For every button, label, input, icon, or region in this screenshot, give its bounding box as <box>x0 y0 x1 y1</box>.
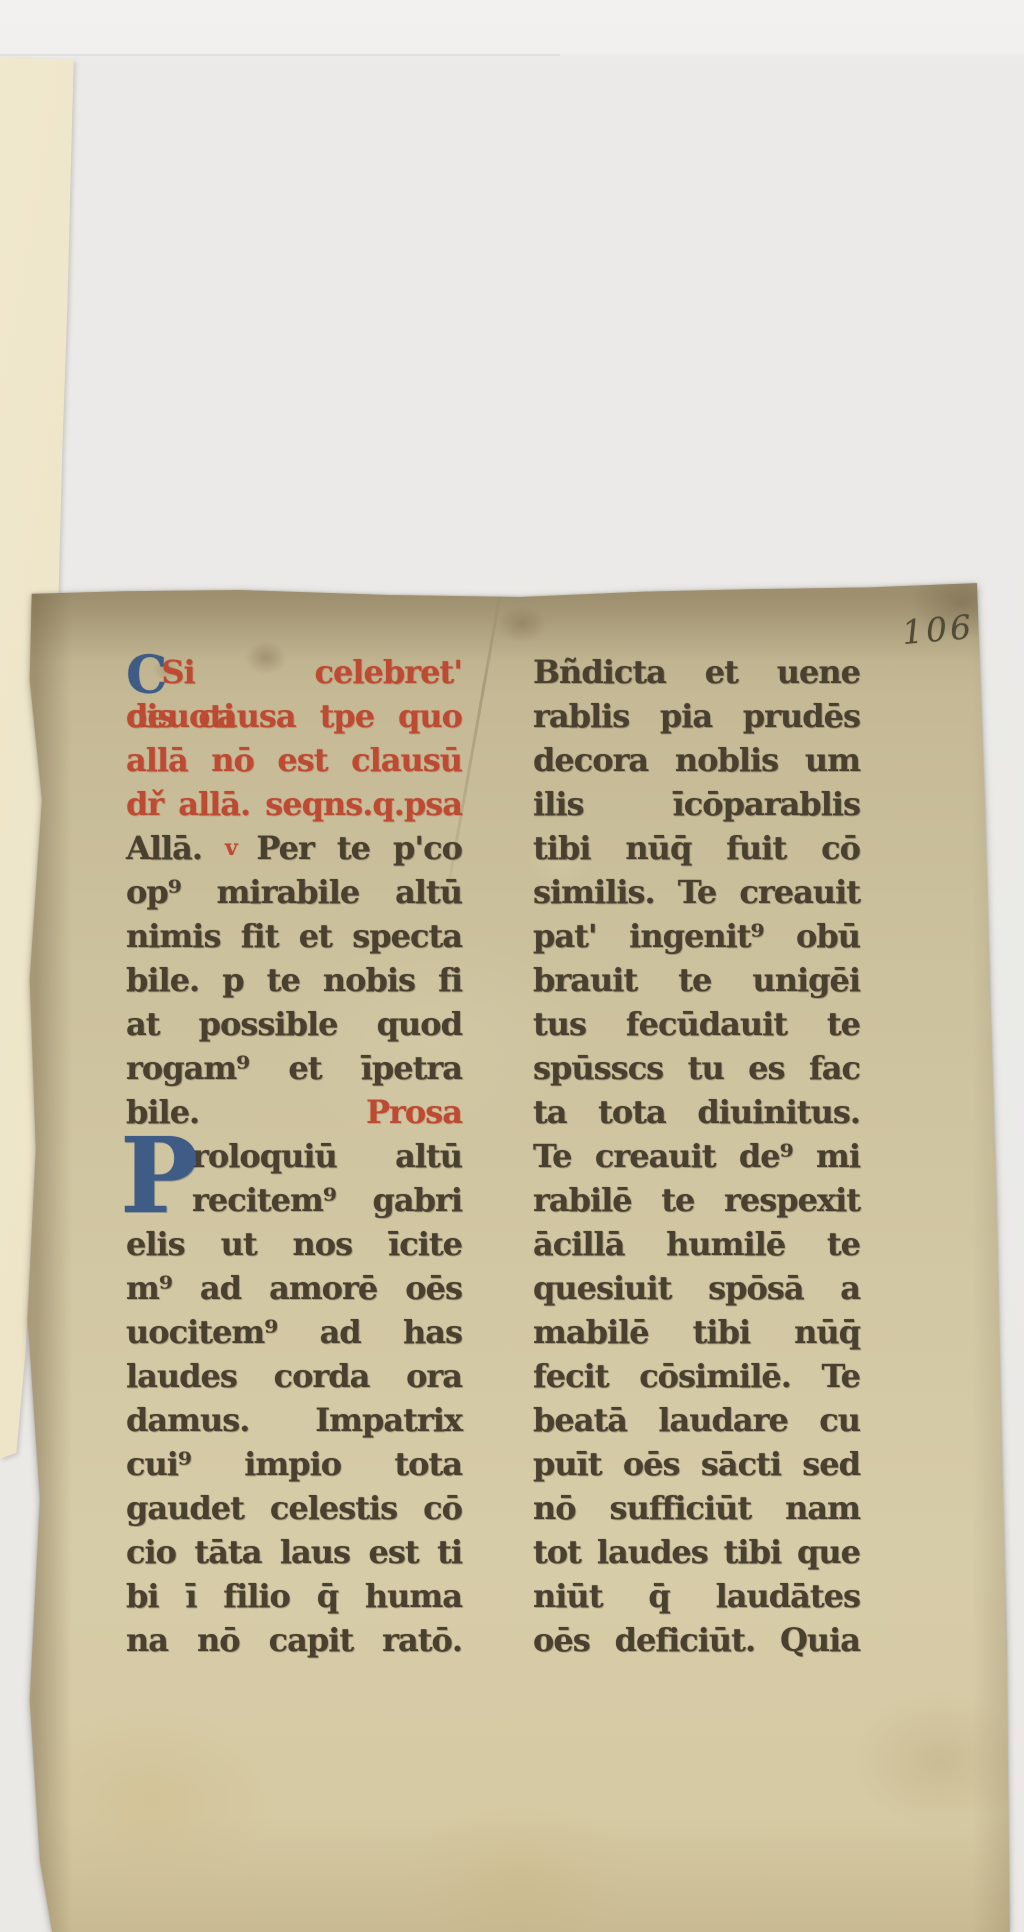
manuscript-text-line: fecit cōsimilē. Te <box>533 1354 860 1398</box>
text-segment: tibi nūq̄ fuit cō <box>533 829 860 867</box>
text-segment: Allā. <box>126 829 225 867</box>
text-segment: Te creauit de⁹ mi <box>533 1137 860 1175</box>
manuscript-text-line: Te creauit de⁹ mi <box>533 1134 860 1178</box>
text-segment: ilis īcōparablis <box>533 785 860 823</box>
text-segment: recitem⁹ gabri <box>192 1181 462 1219</box>
manuscript-text-line: similis. Te creauit <box>533 870 860 914</box>
manuscript-text-line: Bñdicta et uene <box>533 650 860 694</box>
text-segment: bi ī filio q̄ huma <box>126 1577 462 1615</box>
manuscript-text-line: cui⁹ impio tota <box>126 1442 462 1486</box>
manuscript-text-line: rogam⁹ et īpetra <box>126 1046 462 1090</box>
text-segment: niūt q̄ laudātes <box>533 1577 860 1615</box>
text-segment: rabilē te respexit <box>533 1181 860 1219</box>
manuscript-text-line: dř allā. seqns.q.psa <box>126 782 462 826</box>
manuscript-text-line: ta tota diuinitus. <box>533 1090 860 1134</box>
text-segment: laudes corda ora <box>126 1357 462 1395</box>
manuscript-text-line: pat' ingenit⁹ obū <box>533 914 860 958</box>
manuscript-text-line: beatā laudare cu <box>533 1398 860 1442</box>
text-segment: op⁹ mirabile altū <box>126 873 462 911</box>
photo-backdrop: 106 CSi celebret' deuotiois causa tpe qu… <box>0 0 1024 1932</box>
manuscript-text-line: nō sufficiūt nam <box>533 1486 860 1530</box>
folio-number: 106 <box>900 607 975 652</box>
text-segment: beatā laudare cu <box>533 1401 860 1439</box>
text-segment: quesiuit spōsā a <box>533 1269 860 1307</box>
manuscript-text-line: niūt q̄ laudātes <box>533 1574 860 1618</box>
manuscript-text-line: tot laudes tibi que <box>533 1530 860 1574</box>
manuscript-text-line: at possible quod <box>126 1002 462 1046</box>
manuscript-text-line: nimis fit et specta <box>126 914 462 958</box>
manuscript-text-line: ois causa tpe quo <box>126 694 462 738</box>
manuscript-text-line: puīt oēs sācti sed <box>533 1442 860 1486</box>
text-segment: m⁹ ad amorē oēs <box>126 1269 462 1307</box>
manuscript-text-line: ācillā humilē te <box>533 1222 860 1266</box>
text-segment: spūsscs tu es fac <box>533 1049 860 1087</box>
text-column-right: Bñdicta et uenerablis pia prudēsdecora n… <box>533 650 860 1662</box>
text-segment: cui⁹ impio tota <box>126 1445 462 1483</box>
manuscript-text-line: damus. Impatrix <box>126 1398 462 1442</box>
text-segment: damus. Impatrix <box>126 1401 462 1439</box>
leaf-wrap: 106 CSi celebret' deuotiois causa tpe qu… <box>0 0 1024 1932</box>
text-segment: gaudet celestis cō <box>126 1489 462 1527</box>
manuscript-text-line: brauit te unigēi <box>533 958 860 1002</box>
manuscript-text-line: cio tāta laus est ti <box>126 1530 462 1574</box>
manuscript-text-line: CSi celebret' deuoti <box>126 650 462 694</box>
text-segment: v <box>225 835 256 861</box>
text-segment: tus fecūdauit te <box>533 1005 860 1043</box>
manuscript-text-line: decora noblis um <box>533 738 860 782</box>
manuscript-text-line: tus fecūdauit te <box>533 1002 860 1046</box>
manuscript-text-line: uocitem⁹ ad has <box>126 1310 462 1354</box>
manuscript-text-line: quesiuit spōsā a <box>533 1266 860 1310</box>
text-segment: nimis fit et specta <box>126 917 462 955</box>
text-segment: decora noblis um <box>533 741 860 779</box>
text-segment: Bñdicta et uene <box>533 653 860 691</box>
text-segment: nō sufficiūt nam <box>533 1489 860 1527</box>
text-column-left: CSi celebret' deuotiois causa tpe quoall… <box>126 650 462 1662</box>
text-segment: pat' ingenit⁹ obū <box>533 917 860 955</box>
illuminated-initial: P <box>120 1132 197 1220</box>
text-segment: roloquiū altū <box>192 1137 462 1175</box>
text-segment: na nō capit ratō. <box>126 1621 462 1659</box>
text-segment: brauit te unigēi <box>533 961 860 999</box>
manuscript-text-line: op⁹ mirabile altū <box>126 870 462 914</box>
text-segment: bile. p te nobis fi <box>126 961 462 999</box>
text-segment: similis. Te creauit <box>533 873 860 911</box>
manuscript-text-line: tibi nūq̄ fuit cō <box>533 826 860 870</box>
text-segment: tot laudes tibi que <box>533 1533 860 1571</box>
manuscript-text-line: laudes corda ora <box>126 1354 462 1398</box>
text-segment: dř allā. seqns.q.psa <box>126 785 462 823</box>
text-segment: rablis pia prudēs <box>533 697 860 735</box>
manuscript-text-line: oēs deficiūt. Quia <box>533 1618 860 1662</box>
manuscript-text-line: rabilē te respexit <box>533 1178 860 1222</box>
manuscript-text-line: na nō capit ratō. <box>126 1618 462 1662</box>
text-segment: ācillā humilē te <box>533 1225 860 1263</box>
text-segment: mabilē tibi nūq̄ <box>533 1313 860 1351</box>
manuscript-text-line: bile. p te nobis fi <box>126 958 462 1002</box>
manuscript-leaf: 106 CSi celebret' deuotiois causa tpe qu… <box>0 0 1024 1932</box>
text-segment: fecit cōsimilē. Te <box>533 1357 860 1395</box>
text-segment: ta tota diuinitus. <box>533 1093 860 1131</box>
manuscript-text-line: bi ī filio q̄ huma <box>126 1574 462 1618</box>
text-segment: puīt oēs sācti sed <box>533 1445 860 1483</box>
manuscript-text-line: rablis pia prudēs <box>533 694 860 738</box>
manuscript-text-line: Allā. v Per te p'co <box>126 826 462 870</box>
text-segment: at possible quod <box>126 1005 462 1043</box>
text-segment: allā nō est clausū <box>126 741 462 779</box>
text-segment: Per te p'co <box>256 829 462 867</box>
manuscript-text-line: allā nō est clausū <box>126 738 462 782</box>
text-segment: uocitem⁹ ad has <box>126 1313 462 1351</box>
manuscript-text-line: mabilē tibi nūq̄ <box>533 1310 860 1354</box>
text-segment: Prosa <box>366 1093 462 1131</box>
text-segment: oēs deficiūt. Quia <box>533 1621 860 1659</box>
text-segment: ois causa tpe quo <box>126 697 462 735</box>
manuscript-text-line: spūsscs tu es fac <box>533 1046 860 1090</box>
text-segment: cio tāta laus est ti <box>126 1533 462 1571</box>
manuscript-text-line: ilis īcōparablis <box>533 782 860 826</box>
manuscript-text-line: gaudet celestis cō <box>126 1486 462 1530</box>
text-segment: rogam⁹ et īpetra <box>126 1049 462 1087</box>
manuscript-text-line: m⁹ ad amorē oēs <box>126 1266 462 1310</box>
